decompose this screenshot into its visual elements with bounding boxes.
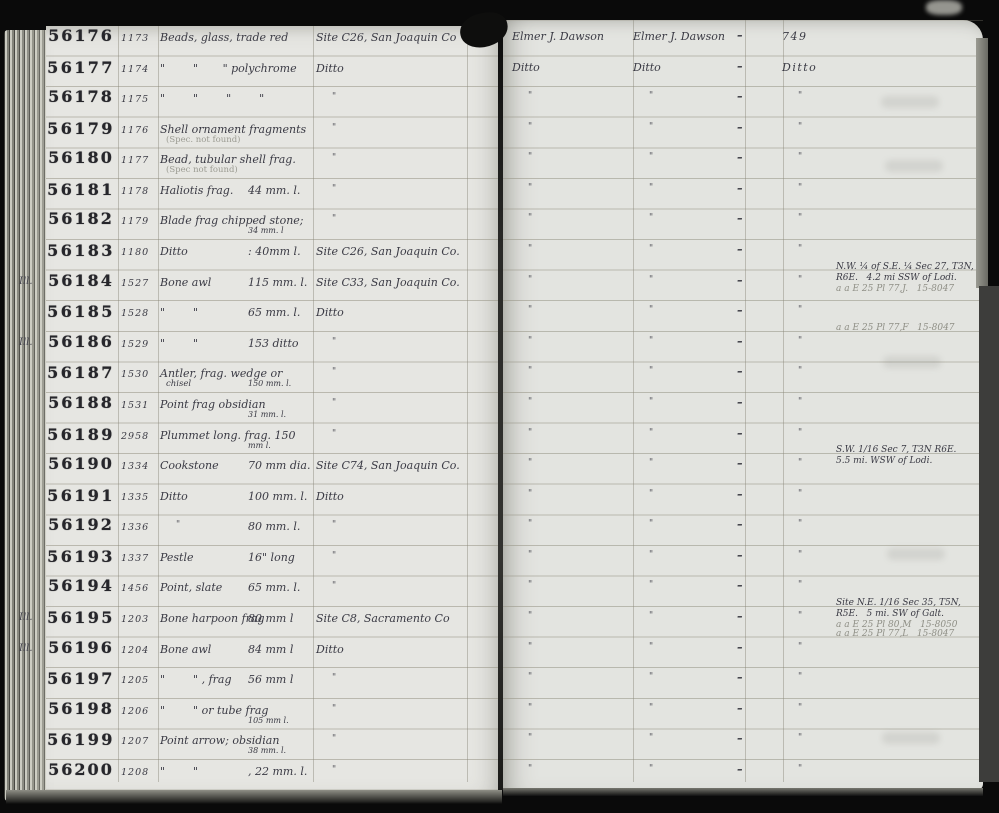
accession-number: " (798, 458, 804, 468)
object-description: " " , frag (160, 673, 232, 686)
accession-number: Ditto (782, 61, 817, 74)
received-from: " (649, 275, 653, 285)
ledger-dash: – (737, 365, 743, 378)
catalog-number-stamp: 56196 (44, 638, 118, 657)
accession-number: " (798, 580, 804, 590)
ledger-row: 56198 1206 " " or tube frag 105 mm l. " … (0, 697, 999, 728)
ledger-dash: – (737, 671, 743, 684)
collected-by: " (528, 336, 532, 346)
ledger-dash: – (737, 518, 743, 531)
measurement: 65 mm. l. (248, 306, 300, 319)
ledger-row: 56193 1337 Pestle 16" long " " " – " (0, 544, 999, 575)
site-locality: Site C8, Sacramento Co (316, 612, 450, 625)
field-number: 1206 (121, 706, 149, 717)
site-locality: " (332, 367, 336, 377)
site-locality: " (332, 153, 336, 163)
ledger-dash: – (737, 274, 743, 287)
ledger-dash: – (737, 549, 743, 562)
accession-number: " (798, 213, 804, 223)
ledger-dash: – (737, 427, 743, 440)
measurement-sub: 34 mm. l (248, 226, 284, 235)
field-number: 1207 (121, 736, 149, 747)
object-description: Bone awl (160, 643, 211, 656)
accession-number: " (798, 550, 804, 560)
received-from: " (649, 336, 653, 346)
object-description: Point, slate (160, 581, 222, 594)
illustrated-annotation: Ill. (19, 612, 33, 623)
received-from: " (649, 428, 653, 438)
received-from: " (649, 366, 653, 376)
pencil-note: (Spec. not found) (166, 135, 240, 145)
received-from: " (649, 733, 653, 743)
catalog-number-stamp: 56179 (44, 119, 118, 138)
field-number: 1203 (121, 614, 149, 625)
ledger-row: 56177 1174 " " " polychrome Ditto Ditto … (0, 55, 999, 86)
illustrated-annotation: Ill. (19, 643, 33, 654)
received-from: " (649, 642, 653, 652)
ledger-row: 56182 1179 Blade frag chipped stone; 34 … (0, 207, 999, 238)
field-number: 1173 (121, 33, 149, 44)
object-description: " (176, 520, 180, 530)
ledger-dash: – (737, 243, 743, 256)
collected-by: " (528, 244, 532, 254)
catalog-number-stamp: 56178 (44, 87, 118, 106)
collected-by: " (528, 458, 532, 468)
ledger-scan: 56176 1173 Beads, glass, trade red Site … (0, 0, 999, 813)
ledger-dash: – (737, 702, 743, 715)
measurement: 80 mm. l. (248, 520, 300, 533)
remarks-cell: a a E 25 Pl 77,L 15-8047 (836, 629, 996, 640)
collected-by: " (528, 764, 532, 774)
accession-number: " (798, 672, 804, 682)
measurement-sub: 31 mm. l. (248, 410, 286, 419)
field-number: 1180 (121, 247, 149, 258)
received-from: " (649, 305, 653, 315)
ledger-dash: – (737, 182, 743, 195)
site-locality: Site C74, San Joaquin Co. (316, 459, 460, 472)
accession-number: " (798, 428, 804, 438)
catalog-number-stamp: 56187 (44, 363, 118, 382)
site-locality: Ditto (316, 306, 344, 319)
pencil-note: (Spec not found) (166, 165, 238, 175)
collected-by: " (528, 672, 532, 682)
field-number: 1530 (121, 369, 149, 380)
remarks-cell: Site N.E. 1/16 Sec 35, T5N, R5E. 5 mi. S… (836, 598, 996, 631)
ledger-row: 56192 1336 " 80 mm. l. " " " – " (0, 513, 999, 544)
collected-by: " (528, 428, 532, 438)
collected-by: " (528, 642, 532, 652)
accession-number: " (798, 336, 804, 346)
ledger-dash: – (737, 335, 743, 348)
catalog-number-stamp: 56195 (44, 608, 118, 627)
accession-number: " (798, 642, 804, 652)
site-locality: " (332, 551, 336, 561)
remark-ink: S.W. 1/16 Sec 7, T3N R6E. 5.5 mi. WSW of… (836, 445, 996, 467)
catalog-number-stamp: 56200 (44, 760, 118, 779)
ledger-dash: – (737, 60, 743, 73)
field-number: 1337 (121, 553, 149, 564)
catalog-number-stamp: 56199 (44, 730, 118, 749)
accession-number: " (798, 244, 804, 254)
collected-by: " (528, 305, 532, 315)
illustrated-annotation: Ill. (19, 337, 33, 348)
received-from: Elmer J. Dawson (633, 30, 725, 43)
accession-number: " (798, 703, 804, 713)
field-number: 1179 (121, 216, 149, 227)
site-locality: " (332, 184, 336, 194)
remark-pencil: a a E 25 Pl 77,F 15-8047 (836, 323, 996, 334)
collected-by: " (528, 489, 532, 499)
measurement: , 22 mm. l. (248, 765, 307, 778)
received-from: " (649, 580, 653, 590)
remark-ink: N.W. ¼ of S.E. ¼ Sec 27, T3N, R6E. 4.2 m… (836, 262, 996, 284)
catalog-number-stamp: 56192 (44, 515, 118, 534)
catalog-number-stamp: 56193 (44, 547, 118, 566)
received-from: " (649, 152, 653, 162)
catalog-number-stamp: 56182 (44, 209, 118, 228)
ledger-row: Ill. 56186 1529 " " 153 ditto " " " – " … (0, 330, 999, 361)
ledger-row: 56179 1176 Shell ornament fragments (Spe… (0, 116, 999, 147)
rows-layer: 56176 1173 Beads, glass, trade red Site … (0, 0, 999, 813)
object-description: Ditto (160, 490, 188, 503)
received-from: " (649, 764, 653, 774)
field-number: 1175 (121, 94, 149, 105)
ledger-dash: – (737, 90, 743, 103)
catalog-number-stamp: 56177 (44, 58, 118, 77)
measurement: 56 mm l (248, 673, 293, 686)
accession-number: " (798, 733, 804, 743)
measurement: 153 ditto (248, 337, 299, 350)
collected-by: " (528, 213, 532, 223)
ledger-dash: – (737, 396, 743, 409)
received-from: " (649, 489, 653, 499)
site-locality: " (332, 337, 336, 347)
field-number: 1177 (121, 155, 149, 166)
collected-by: Ditto (512, 61, 540, 74)
site-locality: Site C33, San Joaquin Co. (316, 276, 460, 289)
ledger-row: 56187 1530 Antler, frag. wedge or chisel… (0, 360, 999, 391)
accession-number: " (798, 611, 804, 621)
collected-by: " (528, 275, 532, 285)
accession-number: " (798, 183, 804, 193)
catalog-number-stamp: 56198 (44, 699, 118, 718)
ledger-row: 56200 1208 " " , 22 mm. l. " " " – " (0, 758, 999, 789)
collected-by: " (528, 152, 532, 162)
field-number: 1334 (121, 461, 149, 472)
received-from: " (649, 703, 653, 713)
measurement-sub: mm l. (248, 441, 271, 450)
remarks-cell: N.W. ¼ of S.E. ¼ Sec 27, T3N, R6E. 4.2 m… (836, 262, 996, 295)
site-locality: Ditto (316, 643, 344, 656)
catalog-number-stamp: 56180 (44, 148, 118, 167)
field-number: 1176 (121, 125, 149, 136)
accession-number: " (798, 122, 804, 132)
field-number: 1456 (121, 583, 149, 594)
ledger-dash: – (737, 488, 743, 501)
ledger-row: 56190 1334 Cookstone 70 mm dia. Site C74… (0, 452, 999, 483)
measurement: 115 mm. l. (248, 276, 307, 289)
ledger-dash: – (737, 763, 743, 776)
accession-number: " (798, 489, 804, 499)
ledger-row: 56180 1177 Bead, tubular shell frag. (Sp… (0, 146, 999, 177)
site-locality: " (332, 429, 336, 439)
ledger-row: 56181 1178 Haliotis frag. 44 mm. l. " " … (0, 177, 999, 208)
accession-number: " (798, 764, 804, 774)
site-locality: " (332, 673, 336, 683)
object-description: Ditto (160, 245, 188, 258)
collected-by: " (528, 397, 532, 407)
site-locality: " (332, 581, 336, 591)
ledger-row: 56176 1173 Beads, glass, trade red Site … (0, 24, 999, 55)
site-locality: " (332, 214, 336, 224)
object-description: Pestle (160, 551, 194, 564)
collected-by: " (528, 611, 532, 621)
ledger-dash: – (737, 151, 743, 164)
ledger-row: 56199 1207 Point arrow; obsidian 38 mm. … (0, 727, 999, 758)
site-locality: " (332, 398, 336, 408)
catalog-number-stamp: 56176 (44, 26, 118, 45)
accession-number: " (798, 519, 804, 529)
field-number: 1527 (121, 278, 149, 289)
ledger-dash: – (737, 304, 743, 317)
ledger-row: 56191 1335 Ditto 100 mm. l. Ditto " " – … (0, 483, 999, 514)
field-number: 1178 (121, 186, 149, 197)
accession-number: " (798, 275, 804, 285)
field-number: 1336 (121, 522, 149, 533)
catalog-number-stamp: 56191 (44, 486, 118, 505)
field-number: 1205 (121, 675, 149, 686)
object-description: Haliotis frag. (160, 184, 233, 197)
collected-by: Elmer J. Dawson (512, 30, 604, 43)
received-from: " (649, 550, 653, 560)
site-locality: " (332, 765, 336, 775)
remark-pencil: a a E 25 Pl 77,L 15-8047 (836, 629, 996, 640)
site-locality: Site C26, San Joaquin Co. (316, 245, 460, 258)
measurement-sub: 105 mm l. (248, 716, 289, 725)
catalog-number-stamp: 56190 (44, 454, 118, 473)
measurement-sub: 38 mm. l. (248, 746, 286, 755)
received-from: " (649, 122, 653, 132)
site-locality: Ditto (316, 62, 344, 75)
object-description: Cookstone (160, 459, 219, 472)
received-from: " (649, 458, 653, 468)
ledger-dash: – (737, 457, 743, 470)
ledger-row: 56197 1205 " " , frag 56 mm l " " " – " (0, 666, 999, 697)
received-from: " (649, 244, 653, 254)
site-locality: " (332, 520, 336, 530)
ledger-dash: – (737, 121, 743, 134)
field-number: 1528 (121, 308, 149, 319)
ledger-dash: – (737, 212, 743, 225)
catalog-number-stamp: 56186 (44, 332, 118, 351)
catalog-number-stamp: 56194 (44, 576, 118, 595)
collected-by: " (528, 91, 532, 101)
site-locality: Site C26, San Joaquin Co (316, 31, 456, 44)
measurement-sub: 150 mm. l. (248, 379, 291, 388)
field-number: 1174 (121, 64, 149, 75)
measurement: 65 mm. l. (248, 581, 300, 594)
remark-pencil: a a E 25 Pl 77,J. 15-8047 (836, 284, 996, 295)
field-number: 1531 (121, 400, 149, 411)
measurement: 70 mm dia. (248, 459, 310, 472)
ledger-dash: – (737, 29, 743, 42)
object-description: Plummet long. frag. 150 (160, 429, 295, 442)
collected-by: " (528, 580, 532, 590)
field-number: 2958 (121, 431, 149, 442)
object-description: " " " polychrome (160, 62, 297, 75)
description-second-line: chisel (166, 379, 191, 389)
received-from: " (649, 672, 653, 682)
ledger-dash: – (737, 641, 743, 654)
ledger-row: 56178 1175 " " " " " " " – " (0, 85, 999, 116)
site-locality: " (332, 704, 336, 714)
ledger-row: Ill. 56184 1527 Bone awl 115 mm. l. Site… (0, 269, 999, 300)
measurement: 84 mm l (248, 643, 293, 656)
measurement: 16" long (248, 551, 295, 564)
object-description: " " (160, 306, 198, 319)
collected-by: " (528, 366, 532, 376)
received-from: " (649, 519, 653, 529)
collected-by: " (528, 550, 532, 560)
field-number: 1335 (121, 492, 149, 503)
collected-by: " (528, 733, 532, 743)
object-description: Bone awl (160, 276, 211, 289)
received-from: Ditto (633, 61, 661, 74)
catalog-number-stamp: 56189 (44, 425, 118, 444)
catalog-number-stamp: 56181 (44, 180, 118, 199)
field-number: 1529 (121, 339, 149, 350)
catalog-number-stamp: 56184 (44, 271, 118, 290)
catalog-number-stamp: 56197 (44, 669, 118, 688)
illustrated-annotation: Ill. (19, 276, 33, 287)
measurement: 100 mm. l. (248, 490, 307, 503)
catalog-number-stamp: 56188 (44, 393, 118, 412)
ledger-dash: – (737, 732, 743, 745)
object-description: Beads, glass, trade red (160, 31, 288, 44)
field-number: 1208 (121, 767, 149, 778)
accession-number: " (798, 91, 804, 101)
catalog-number-stamp: 56183 (44, 241, 118, 260)
ledger-dash: – (737, 579, 743, 592)
received-from: " (649, 213, 653, 223)
catalog-number-stamp: 56185 (44, 302, 118, 321)
collected-by: " (528, 519, 532, 529)
accession-number: " (798, 305, 804, 315)
site-locality: Ditto (316, 490, 344, 503)
received-from: " (649, 397, 653, 407)
site-locality: " (332, 123, 336, 133)
received-from: " (649, 611, 653, 621)
received-from: " (649, 183, 653, 193)
ledger-dash: – (737, 610, 743, 623)
ledger-row: 56188 1531 Point frag obsidian 31 mm. l.… (0, 391, 999, 422)
collected-by: " (528, 183, 532, 193)
measurement: 80 mm l (248, 612, 293, 625)
site-locality: " (332, 734, 336, 744)
accession-number: 749 (782, 30, 808, 43)
measurement: : 40mm l. (248, 245, 301, 258)
remarks-cell: S.W. 1/16 Sec 7, T3N R6E. 5.5 mi. WSW of… (836, 445, 996, 467)
measurement: 44 mm. l. (248, 184, 300, 197)
collected-by: " (528, 703, 532, 713)
collected-by: " (528, 122, 532, 132)
field-number: 1204 (121, 645, 149, 656)
remark-ink: Site N.E. 1/16 Sec 35, T5N, R5E. 5 mi. S… (836, 598, 996, 620)
ledger-row: Ill. 56196 1204 Bone awl 84 mm l Ditto "… (0, 636, 999, 667)
site-locality: " (332, 92, 336, 102)
object-description: " " " " (160, 92, 264, 105)
accession-number: " (798, 152, 804, 162)
object-description: " " (160, 765, 198, 778)
accession-number: " (798, 366, 804, 376)
received-from: " (649, 91, 653, 101)
accession-number: " (798, 397, 804, 407)
remarks-cell: a a E 25 Pl 77,F 15-8047 (836, 323, 996, 334)
object-description: " " (160, 337, 198, 350)
